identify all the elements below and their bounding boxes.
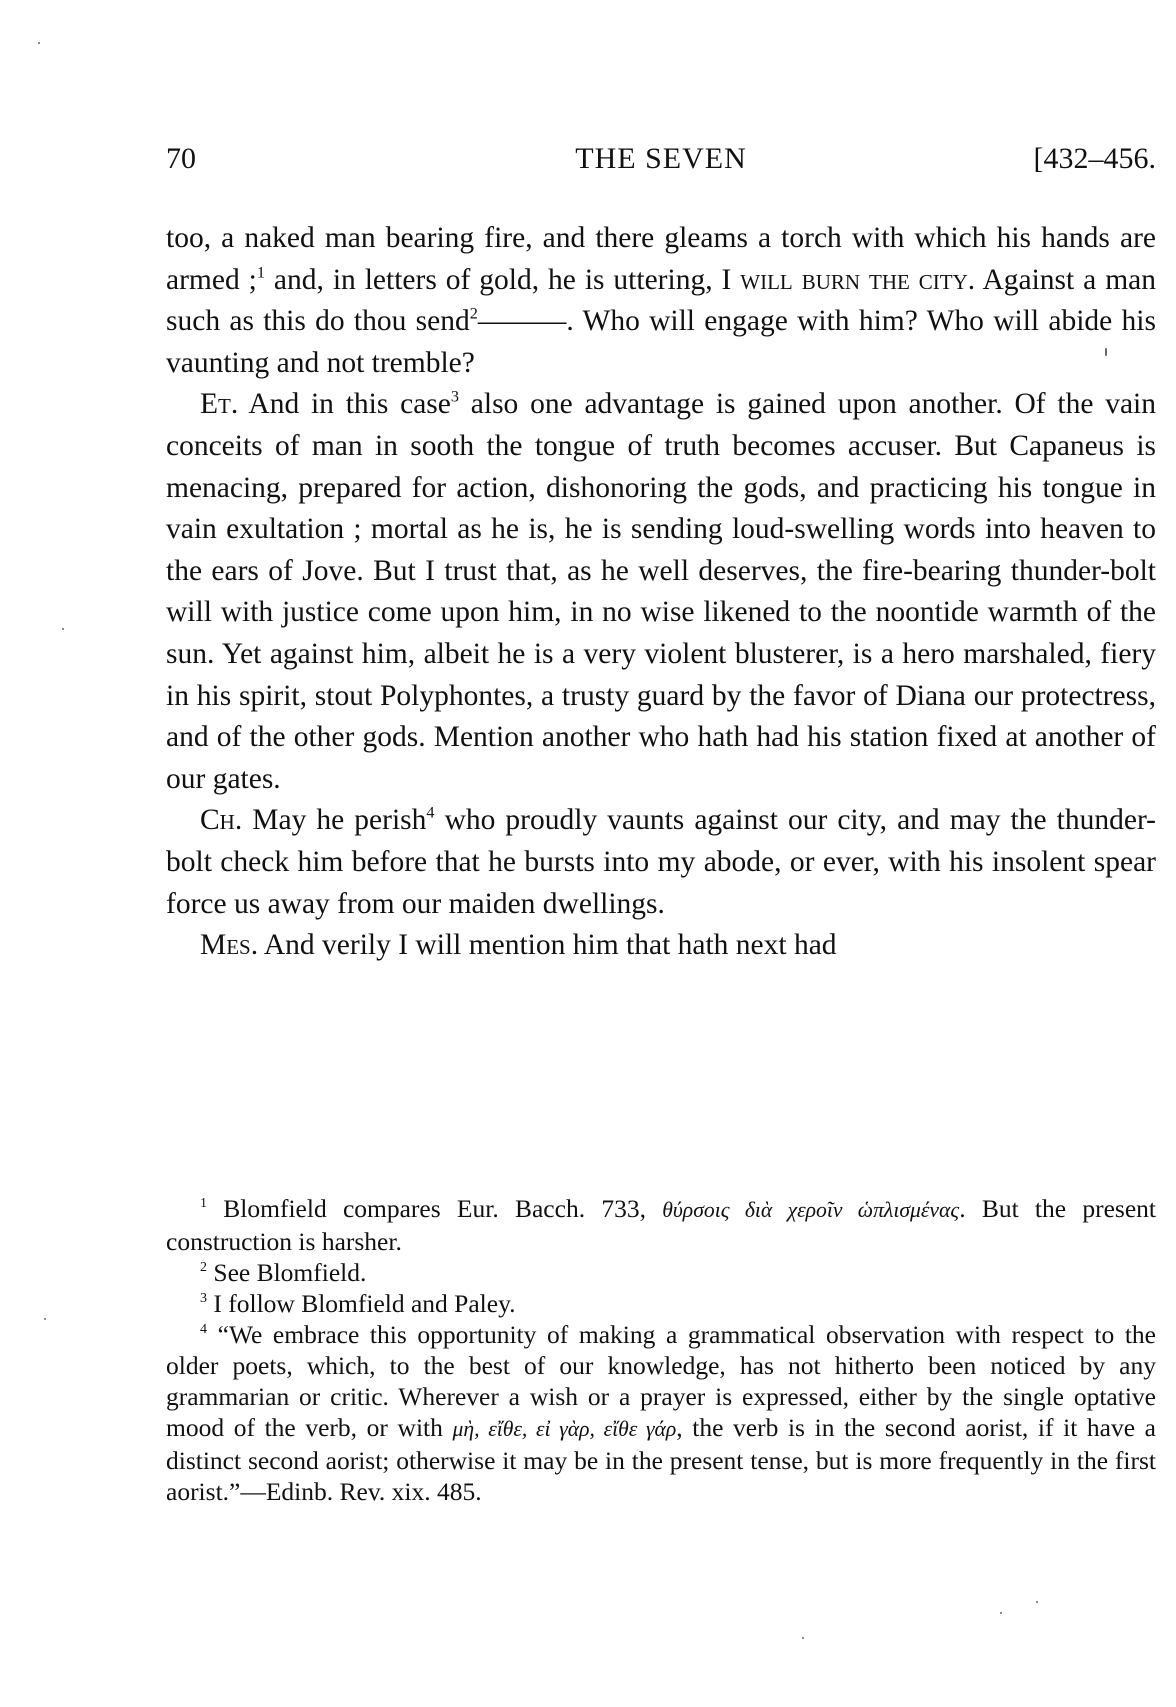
small-caps-inscription: will burn the city. [740,264,975,296]
paragraph-1: too, a naked man bearing fire, and there… [166,218,1156,384]
footnote-1: 1 Blomfield compares Eur. Bacch. 733, θύ… [166,1193,1156,1257]
line-range: [432–456. [1034,142,1157,176]
scan-speck [62,628,64,630]
scan-speck [802,1637,804,1639]
footnote-ref-4: 4 [426,804,434,822]
footnote-ref-3: 3 [451,388,459,406]
footnotes: 1 Blomfield compares Eur. Bacch. 733, θύ… [166,1193,1156,1507]
scan-speck [1105,348,1107,356]
footnote-marker: 1 [200,1196,207,1211]
footnote-marker: 2 [200,1260,207,1275]
footnote-marker: 3 [200,1291,207,1306]
main-text: too, a naked man bearing fire, and there… [166,218,1156,967]
scan-speck [1000,1612,1002,1614]
running-title: THE SEVEN [166,142,1156,176]
footnote-ref-2: 2 [470,305,478,323]
speaker-label: Mes. [200,929,258,961]
footnote-ref-1: 1 [257,263,265,281]
scan-speck [1036,1601,1038,1603]
scan-speck [44,1318,46,1320]
speaker-label: Et. [200,388,238,420]
paragraph-4: Mes. And verily I will mention him that … [166,925,1156,967]
paragraph-3: Ch. May he perish4 who proudly vaunts ag… [166,800,1156,925]
greek-particles: μὴ, εἴθε, εἰ γὰρ, εἴθε γάρ [453,1417,677,1441]
greek-quote: θύρσοις διὰ χεροῖν ὡπλισμένας [662,1198,959,1222]
paragraph-2: Et. And in this case3 also one advantage… [166,384,1156,800]
speaker-label: Ch. [200,804,242,836]
footnote-2: 2 See Blomfield. [166,1257,1156,1288]
footnote-4: 4 “We embrace this opportunity of making… [166,1319,1156,1507]
footnote-3: 3 I follow Blomfield and Paley. [166,1288,1156,1319]
scan-speck [38,42,40,44]
running-header: 70 THE SEVEN [432–456. [166,142,1156,182]
footnote-marker: 4 [200,1322,207,1337]
